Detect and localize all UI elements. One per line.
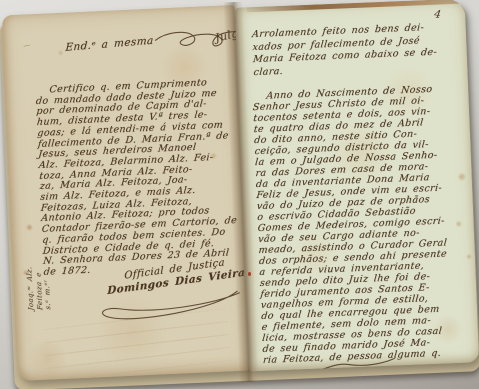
left-page-body-text: Certifico q. em Cumprimentodo mandado da… xyxy=(35,77,239,278)
right-page-body-text: Anno do Nascimento de NossoSenhor Jesus … xyxy=(252,84,451,366)
verso-show-through-marks xyxy=(43,307,232,380)
corner-ink-mark: ﹏ xyxy=(22,38,31,49)
red-wax-speck xyxy=(248,272,251,276)
right-page-heading-paragraph: Arrolamento feito nos bens dei-xados por… xyxy=(252,22,438,80)
manuscript-right-page: 4 Arrolamento feito nos bens dei-xados p… xyxy=(235,0,479,371)
left-page-heading: End.ᵉ a mesma Julgº xyxy=(64,19,245,61)
page-number: 4 xyxy=(434,8,442,21)
manuscript-left-page: ﹏ End.ᵉ a mesma Julgº Joaq.ᵐ Alz.Feitoza… xyxy=(2,5,251,381)
manuscript-photo: ﹏ End.ᵉ a mesma Julgº Joaq.ᵐ Alz.Feitoza… xyxy=(0,0,479,389)
heading-text: End.ᵉ a mesma xyxy=(65,35,154,54)
